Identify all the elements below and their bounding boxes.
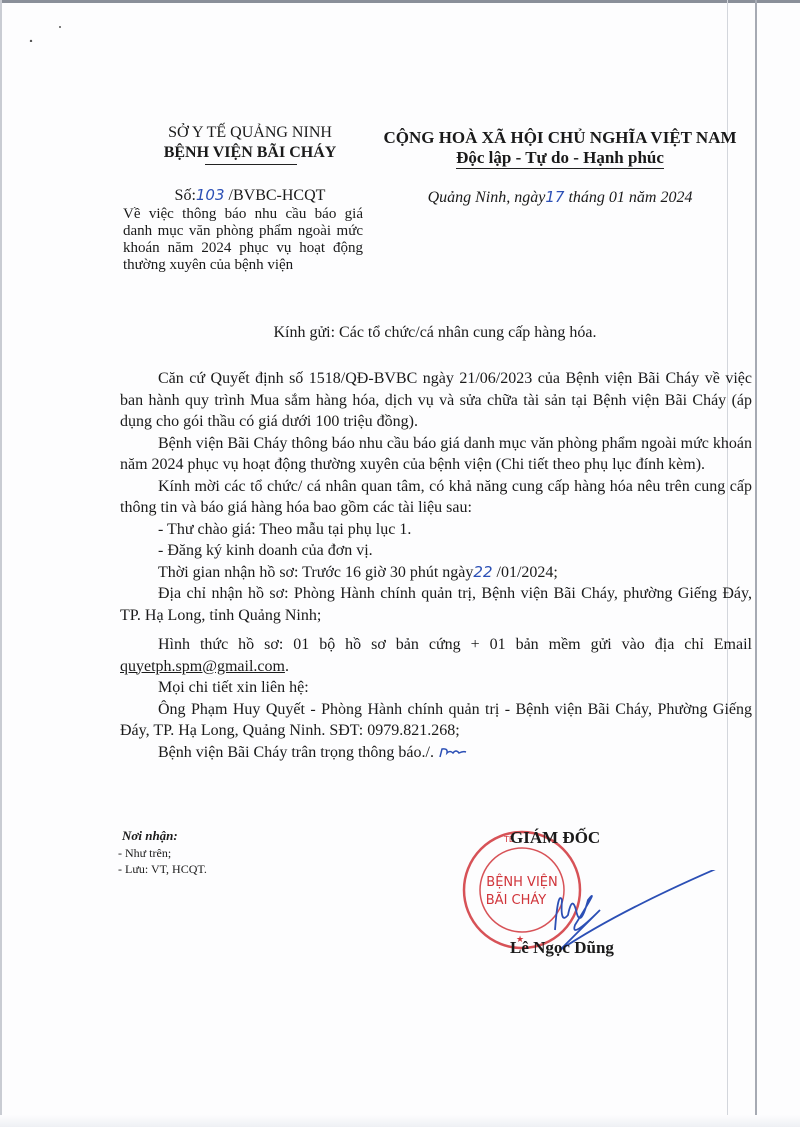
signer-title: GIÁM ĐỐC bbox=[510, 828, 600, 848]
paragraph-format: Hình thức hồ sơ: 01 bộ hồ sơ bản cứng + … bbox=[120, 634, 752, 677]
date-suffix: tháng 01 năm 2024 bbox=[564, 189, 692, 206]
doc-number-handwritten: 103 bbox=[196, 186, 225, 204]
doc-number-suffix: /BVBC-HCQT bbox=[225, 187, 326, 204]
recipient-item: - Lưu: VT, HCQT. bbox=[118, 862, 207, 877]
paragraph-announcement: Bệnh viện Bãi Cháy thông báo nhu cầu báo… bbox=[120, 433, 752, 476]
email-suffix: . bbox=[285, 658, 289, 675]
scan-speck-icon bbox=[28, 22, 68, 42]
paragraph-legal-basis: Căn cứ Quyết định số 1518/QĐ-BVBC ngày 2… bbox=[120, 368, 752, 433]
parent-organization: SỞ Y TẾ QUẢNG NINH bbox=[120, 124, 380, 142]
organization-name: BỆNH VIỆN BÃI CHÁY bbox=[120, 144, 380, 162]
paragraph-deadline: Thời gian nhận hồ sơ: Trước 16 giờ 30 ph… bbox=[120, 562, 752, 584]
paragraph-address: Địa chỉ nhận hồ sơ: Phòng Hành chính quả… bbox=[120, 583, 752, 626]
deadline-day-handwritten: 22 bbox=[473, 563, 492, 581]
scan-left-edge bbox=[0, 0, 2, 1127]
national-motto: Độc lập - Tự do - Hạnh phúc bbox=[370, 148, 750, 168]
document-subject: Về việc thông báo nhu cầu báo giá danh m… bbox=[123, 206, 363, 274]
closing-text: Bệnh viện Bãi Cháy trân trọng thông báo.… bbox=[158, 744, 434, 761]
scan-top-edge bbox=[0, 0, 800, 3]
scan-bottom-edge bbox=[0, 1115, 800, 1127]
list-item: - Thư chào giá: Theo mẫu tại phụ lục 1. bbox=[120, 519, 752, 541]
recipients-title: Nơi nhận: bbox=[122, 828, 178, 844]
signer-name: Lê Ngọc Dũng bbox=[510, 938, 614, 958]
paragraph-contact-person: Ông Phạm Huy Quyết - Phòng Hành chính qu… bbox=[120, 699, 752, 742]
recipient-item: - Như trên; bbox=[118, 846, 171, 861]
date-prefix: Quảng Ninh, ngày bbox=[428, 189, 546, 206]
paragraph-invitation: Kính mời các tổ chức/ cá nhân quan tâm, … bbox=[120, 476, 752, 519]
date-day-handwritten: 17 bbox=[545, 188, 564, 206]
deadline-prefix: Thời gian nhận hồ sơ: Trước 16 giờ 30 ph… bbox=[158, 564, 473, 581]
national-title: CỘNG HOÀ XÃ HỘI CHỦ NGHĨA VIỆT NAM bbox=[370, 128, 750, 148]
doc-number-prefix: Số: bbox=[175, 187, 196, 204]
list-item: - Đăng ký kinh doanh của đơn vị. bbox=[120, 540, 752, 562]
document-number: Số:103 /BVBC-HCQT bbox=[120, 186, 380, 205]
org-underline bbox=[205, 164, 297, 165]
scan-page-edge bbox=[755, 0, 757, 1127]
letter-body: Căn cứ Quyết định số 1518/QĐ-BVBC ngày 2… bbox=[120, 368, 752, 763]
date-line: Quảng Ninh, ngày17 tháng 01 năm 2024 bbox=[370, 188, 750, 207]
greeting: Kính gửi: Các tổ chức/cá nhân cung cấp h… bbox=[120, 324, 750, 342]
paragraph-contact-intro: Mọi chi tiết xin liên hệ: bbox=[120, 677, 752, 699]
email-link[interactable]: quyetph.spm@gmail.com bbox=[120, 658, 285, 675]
paragraph-closing: Bệnh viện Bãi Cháy trân trọng thông báo.… bbox=[120, 742, 752, 764]
motto-text: Độc lập - Tự do - Hạnh phúc bbox=[456, 148, 664, 169]
initial-signature-icon bbox=[438, 747, 468, 759]
format-text: Hình thức hồ sơ: 01 bộ hồ sơ bản cứng + … bbox=[158, 636, 752, 653]
svg-text:BÃI CHÁY: BÃI CHÁY bbox=[486, 892, 547, 908]
deadline-suffix: /01/2024; bbox=[493, 564, 558, 581]
